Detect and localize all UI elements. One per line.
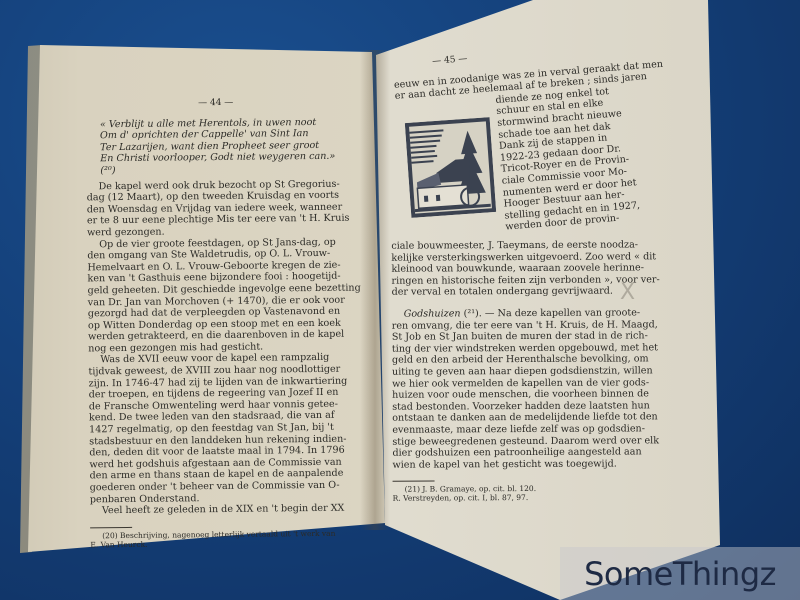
paragraph: De kapel werd ook druk bezocht op St Gre… — [87, 178, 348, 239]
footnote-line: E. Van Heurck. — [90, 537, 350, 549]
text-line: evenmaaste, maar deze liefde zelf was op… — [392, 423, 662, 436]
pencil-x-mark: X — [620, 280, 635, 305]
watermark-logo: SomeThingz — [560, 547, 800, 600]
text-line: dier godshuizen een patroonheilige aange… — [392, 446, 662, 459]
footnote-line: R. Verstreyden, op. cit. I, bl. 87, 97. — [393, 493, 663, 503]
watermark-text: SomeThingz — [584, 555, 776, 593]
chapel-icon — [405, 117, 496, 218]
book-photo: — 44 — « Verblijt u alle met Herentols, … — [0, 0, 800, 600]
right-page-lower-text: ciale bouwmeester, J. Taeymans, de eerst… — [391, 239, 662, 503]
text-line: — Na deze kapellen van groote- — [482, 307, 640, 319]
text-line: wien de kapel van het gesticht was toege… — [392, 458, 662, 471]
verse-line: En Christi voorlooper, Godt niet weygere… — [86, 151, 346, 177]
verse: « Verblijt u alle met Herentols, in uwen… — [86, 116, 347, 177]
footnote: (20) Beschrijving, nagenoeg letterlijk v… — [90, 528, 350, 549]
godshuizen-heading-line: Godshuizen (²¹). — Na deze kapellen van … — [392, 307, 662, 320]
footnote-ref: (²¹). — [464, 308, 482, 319]
text-line: Veel heeft ze geleden in de XIX en 't be… — [90, 503, 350, 517]
book-gutter — [360, 50, 390, 530]
text-line: uiting te geven aan haar diepen godsdien… — [392, 365, 662, 378]
left-page-text: — 44 — « Verblijt u alle met Herentols, … — [86, 97, 351, 549]
paragraph: Veel heeft ze geleden in de XIX en 't be… — [90, 503, 350, 517]
page-number-44: — 44 — — [86, 97, 346, 111]
text-line: ciale bouwmeester, J. Taeymans, de eerst… — [391, 239, 661, 252]
footnote-rule — [393, 481, 435, 482]
text-line: huizen voor oude menschen, die voorheen … — [392, 388, 662, 401]
godshuizen-label: Godshuizen — [404, 308, 461, 319]
footnote-rule — [90, 527, 132, 528]
woodcut-chapel-illustration — [405, 117, 496, 218]
paragraph: Was de XVII eeuw voor de kapel een rampz… — [88, 352, 350, 505]
paragraph: Op de vier groote feestdagen, op St Jans… — [87, 236, 348, 355]
